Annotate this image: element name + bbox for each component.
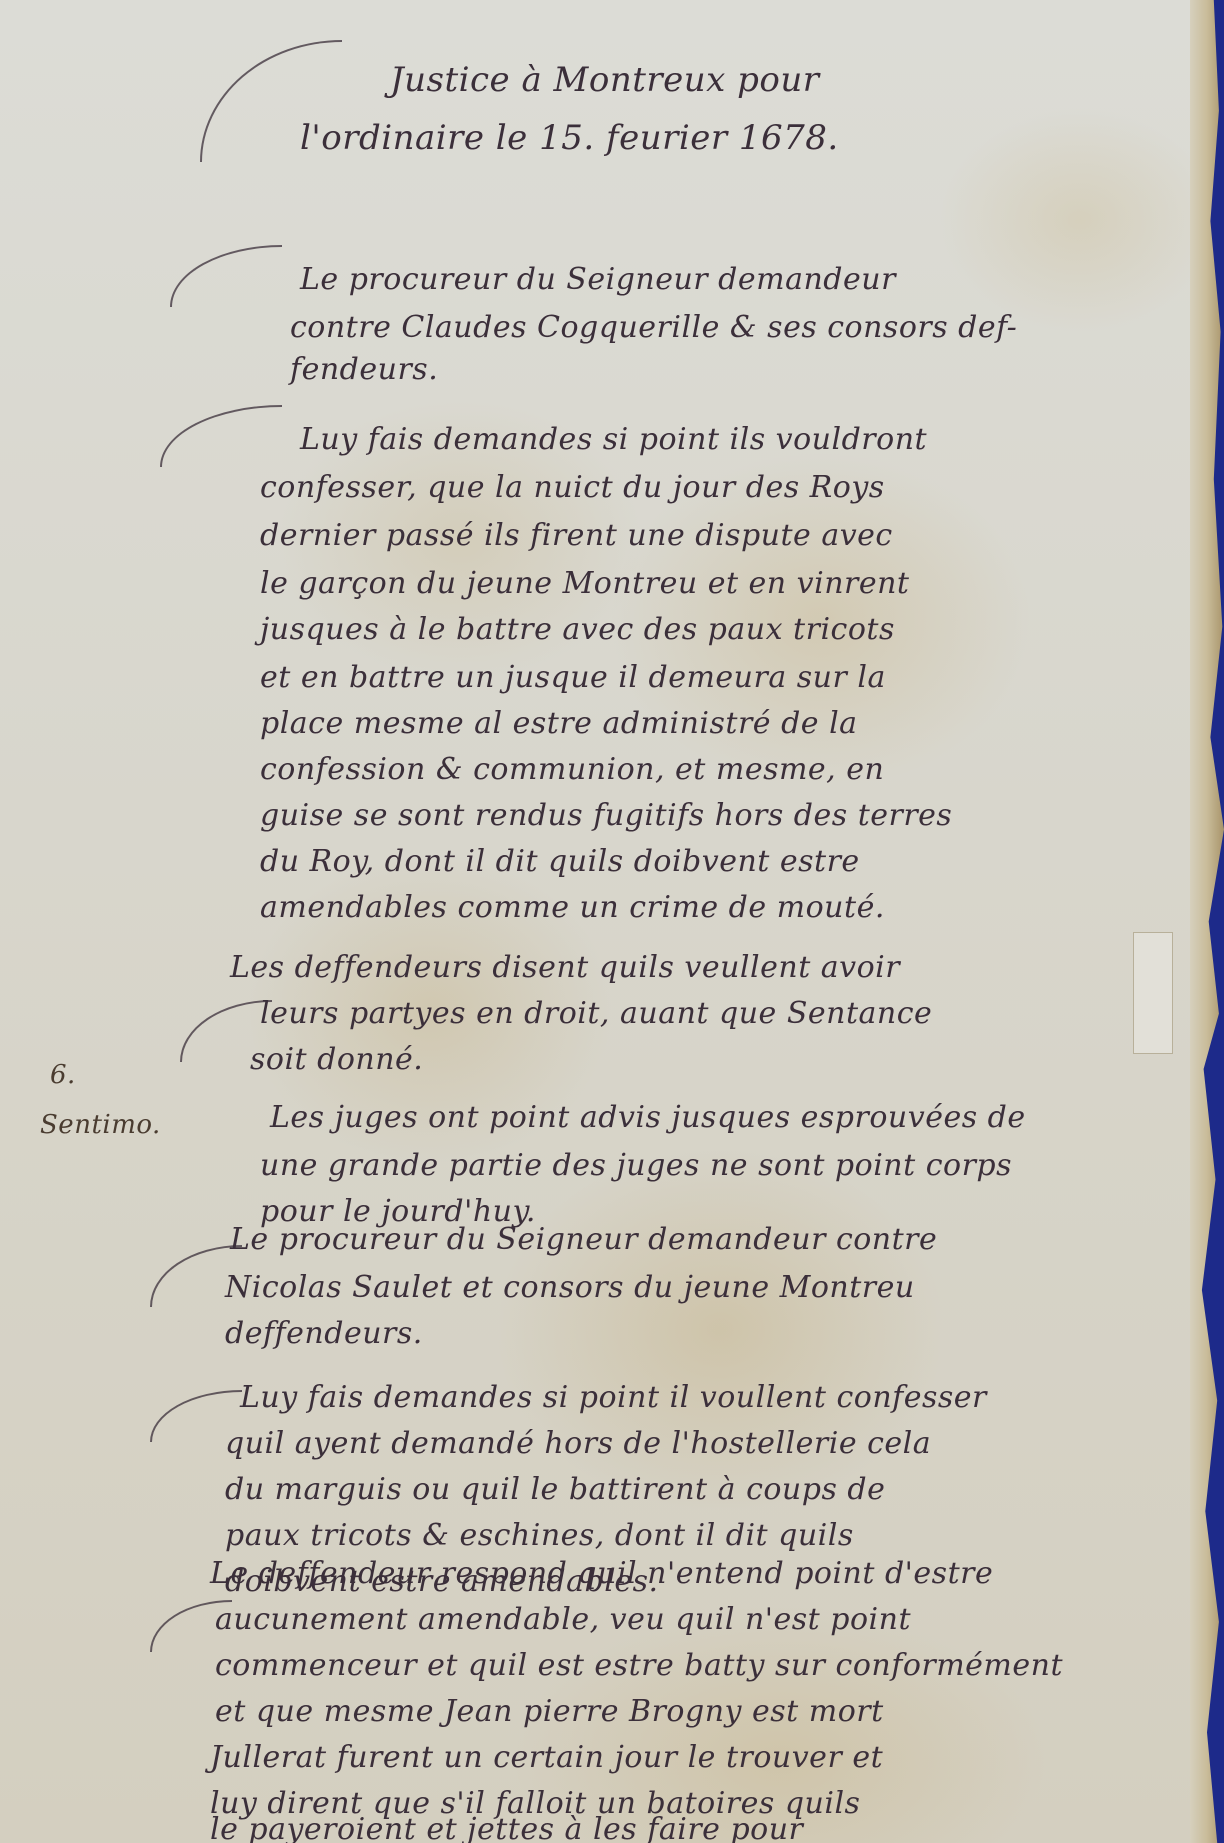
entry-1-question-line: dernier passé ils firent une dispute ave…	[260, 518, 893, 553]
heading-line-2: l'ordinaire le 15. feurier 1678.	[300, 118, 839, 158]
entry-1-question-line: guise se sont rendus fugitifs hors des t…	[260, 798, 952, 833]
entry-1-claim-line: Le procureur du Seigneur demandeur	[300, 262, 896, 297]
entry-1-judgment-line: une grande partie des juges ne sont poin…	[260, 1148, 1012, 1183]
entry-2-question-line: quil ayent demandé hors de l'hostellerie…	[225, 1426, 931, 1461]
margin-note-text: Sentimo.	[40, 1110, 161, 1140]
entry-flourish	[170, 245, 282, 307]
entry-2-question-line: Luy fais demandes si point il voullent c…	[240, 1380, 987, 1415]
entry-1-question-line: le garçon du jeune Montreu et en vinrent	[260, 566, 910, 601]
entry-1-question-line: place mesme al estre administré de la	[260, 706, 858, 741]
torn-paper-edge	[1190, 0, 1224, 1843]
entry-1-question-line: amendables comme un crime de mouté.	[260, 890, 885, 925]
entry-1-question-line: confession & communion, et mesme, en	[260, 752, 884, 787]
entry-1-question-line: Luy fais demandes si point ils vouldront	[300, 422, 927, 457]
paper-repair-tab	[1133, 932, 1173, 1054]
entry-2-question-line: du marguis ou quil le battirent à coups …	[225, 1472, 885, 1507]
margin-note-number: 6.	[50, 1060, 76, 1090]
entry-2-claim-line: Nicolas Saulet et consors du jeune Montr…	[225, 1270, 915, 1305]
entry-2-defense-line: et que mesme Jean pierre Brogny est mort	[215, 1694, 884, 1729]
entry-1-claim-line: fendeurs.	[290, 352, 438, 387]
heading-line-1: Justice à Montreux pour	[390, 60, 820, 100]
entry-1-question-line: confesser, que la nuict du jour des Roys	[260, 470, 885, 505]
entry-2-defense-line: commenceur et quil est estre batty sur c…	[215, 1648, 1063, 1683]
entry-1-claim-line: contre Claudes Cogquerille & ses consors…	[290, 310, 1017, 345]
entry-1-judgment-line: Les juges ont point advis jusques esprou…	[270, 1100, 1026, 1135]
entry-2-claim-line: Le procureur du Seigneur demandeur contr…	[230, 1222, 937, 1257]
entry-1-question-line: jusques à le battre avec des paux tricot…	[260, 612, 895, 647]
entry-1-defense-line: Les deffendeurs disent quils veullent av…	[230, 950, 900, 985]
entry-flourish	[160, 405, 282, 467]
entry-1-question-line: du Roy, dont il dit quils doibvent estre	[260, 844, 860, 879]
entry-1-defense-line: leurs partyes en droit, auant que Sentan…	[260, 996, 932, 1031]
entry-2-defense-line: le payeroient et jettes à les faire pour	[210, 1812, 803, 1843]
entry-2-defense-line: Le deffendeur respond quil n'entend poin…	[210, 1556, 993, 1591]
entry-1-defense-line: soit donné.	[250, 1042, 423, 1077]
entry-2-question-line: paux tricots & eschines, dont il dit qui…	[225, 1518, 854, 1553]
entry-1-question-line: et en battre un jusque il demeura sur la	[260, 660, 886, 695]
entry-flourish	[180, 1000, 272, 1062]
entry-2-defense-line: aucunement amendable, veu quil n'est poi…	[215, 1602, 911, 1637]
manuscript-page: Justice à Montreux pour l'ordinaire le 1…	[0, 0, 1192, 1843]
entry-2-claim-line: deffendeurs.	[225, 1316, 423, 1351]
entry-2-defense-line: Jullerat furent un certain jour le trouv…	[210, 1740, 883, 1775]
